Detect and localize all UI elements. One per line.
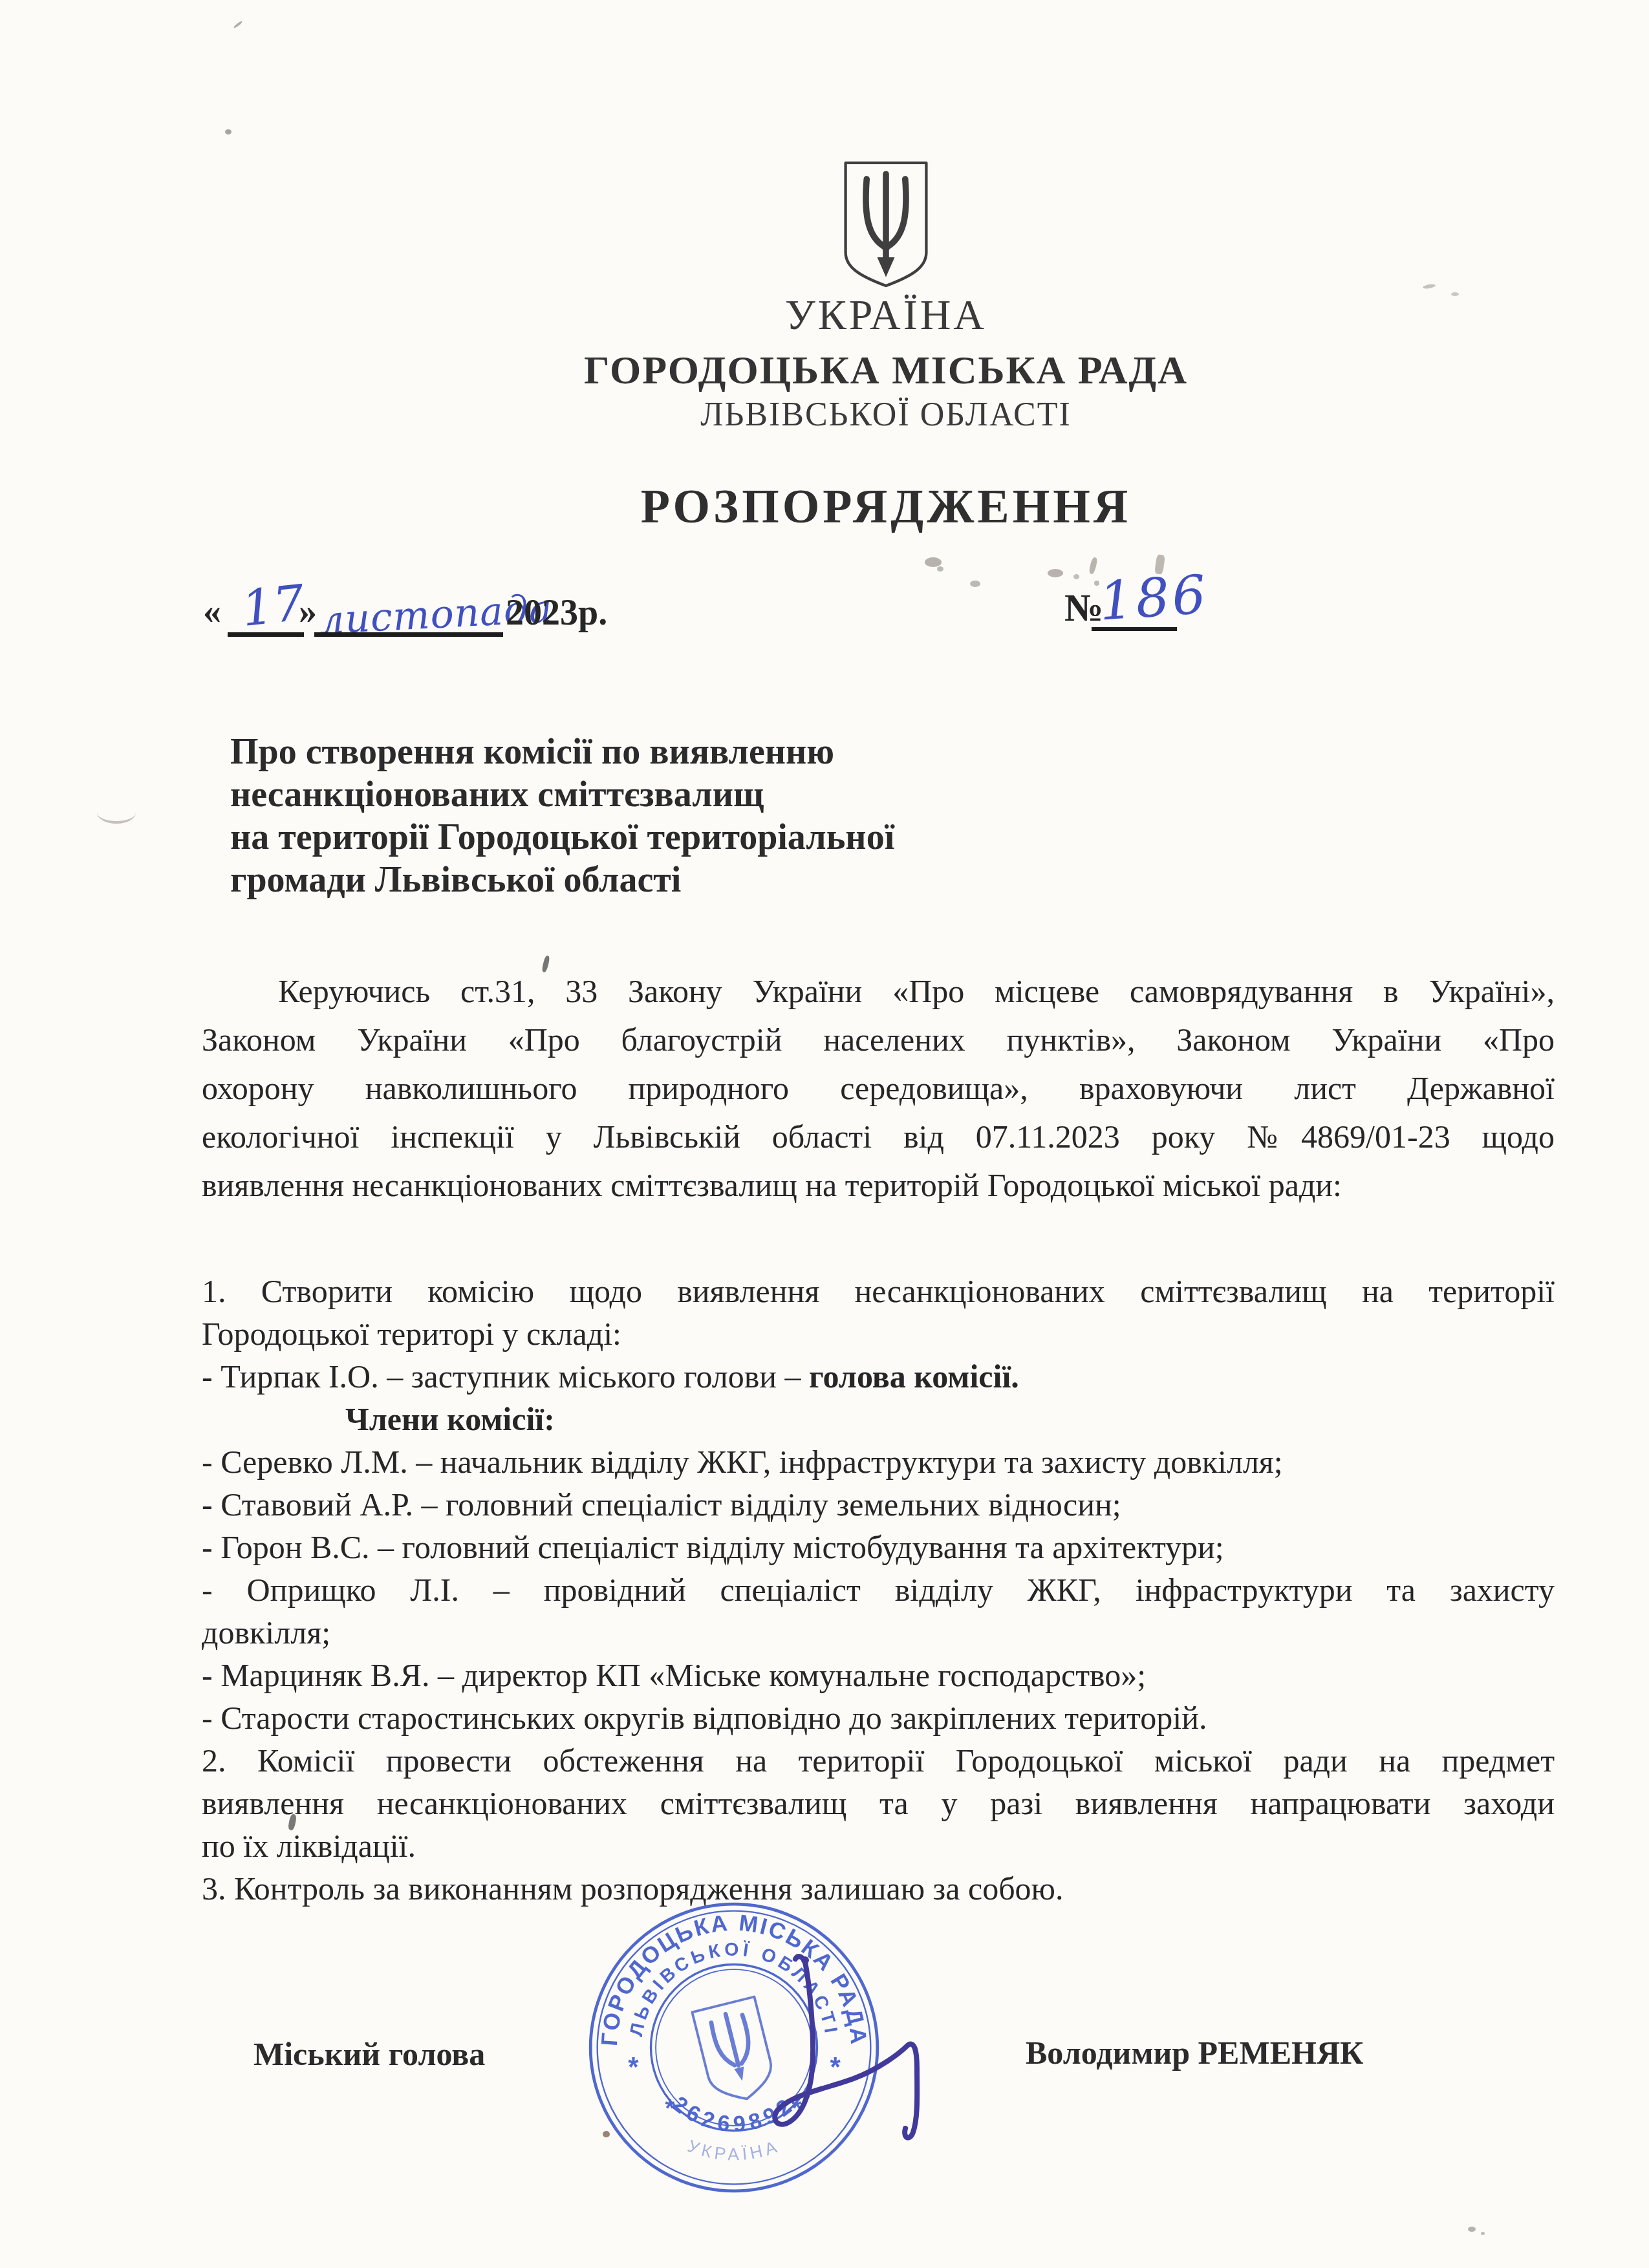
body-line-segment: охорону навколишнього природного середов…: [202, 1070, 1555, 1106]
body-line: виявлення несанкціонованих сміттєзвалищ …: [202, 1782, 1555, 1824]
scan-speck: [225, 129, 232, 134]
body-line: - Ставовий А.Р. – головний спеціаліст ві…: [202, 1483, 1555, 1526]
body-line-segment: - Ставовий А.Р. – головний спеціаліст ві…: [202, 1486, 1121, 1523]
body-line-segment: по їх ліквідації.: [202, 1828, 416, 1864]
subject-line: громади Львівської області: [230, 859, 942, 901]
body-line: охорону навколишнього природного середов…: [202, 1064, 1555, 1113]
body-line-segment: 1. Створити комісію щодо виявлення несан…: [202, 1273, 1555, 1309]
body-line-segment: - Горон В.С. – головний спеціаліст відді…: [202, 1529, 1224, 1565]
scan-speck: [937, 566, 943, 572]
body-line-segment: - Старости старостинських округів відпов…: [202, 1700, 1207, 1736]
handwritten-document-number: 186: [1097, 564, 1211, 633]
body-line: Законом України «Про благоустрій населен…: [202, 1016, 1555, 1064]
council-title: ГОРОДОЦЬКА МІСЬКА РАДА: [116, 348, 1649, 394]
body-line-segment: - Марциняк В.Я. – директор КП «Міське ко…: [202, 1657, 1146, 1693]
date-close-quote: »: [299, 591, 317, 632]
document-number-sign: №: [1064, 586, 1103, 630]
body-line-segment: - Тирпак І.О. – заступник міського голов…: [202, 1358, 809, 1395]
scan-speck: [970, 581, 980, 587]
preamble-paragraph: Керуючись ст.31, 33 Закону України «Про …: [202, 967, 1555, 1210]
body-line: екологічної інспекції у Львівській облас…: [202, 1113, 1555, 1161]
subject-block: Про створення комісії по виявленню несан…: [230, 731, 942, 901]
handwritten-day: 17: [239, 573, 307, 637]
body-line-segment: виявлення несанкціонованих сміттєзвалищ …: [202, 1167, 1342, 1203]
body-line-segment: - Серевко Л.М. – начальник відділу ЖКГ, …: [202, 1444, 1283, 1480]
body-line-segment: довкілля;: [202, 1614, 330, 1651]
scan-speck: [1468, 2227, 1476, 2232]
day-underline: [228, 632, 304, 637]
body-line-segment: - Оприщко Л.І. – провідний спеціаліст ві…: [202, 1572, 1555, 1608]
scan-smudge: [97, 802, 136, 824]
signature-ink: [660, 1933, 957, 2166]
body-line-segment: 2. Комісії провести обстеження на терито…: [202, 1742, 1555, 1779]
scan-speck: [1451, 292, 1459, 296]
stamp-star-left: *: [628, 2051, 639, 2082]
scan-speck: [1048, 569, 1063, 577]
date-year: 2023р.: [506, 592, 607, 634]
subject-line: несанкціонованих сміттєзвалищ: [230, 773, 942, 816]
scan-speck: [1094, 581, 1099, 586]
body-line: - Марциняк В.Я. – директор КП «Міське ко…: [202, 1654, 1555, 1696]
order-items: 1. Створити комісію щодо виявлення несан…: [202, 1270, 1555, 1910]
body-line-segment: екологічної інспекції у Львівській облас…: [202, 1118, 1555, 1155]
body-line-segment: Керуючись ст.31, 33 Закону України «Про …: [278, 973, 1555, 1009]
scan-speck: [603, 2131, 610, 2137]
signer-name: Володимир РЕМЕНЯК: [1026, 2034, 1363, 2071]
body-line: довкілля;: [202, 1611, 1555, 1654]
document-type-title: РОЗПОРЯДЖЕННЯ: [116, 480, 1649, 535]
body-line: - Оприщко Л.І. – провідний спеціаліст ві…: [202, 1568, 1555, 1611]
body-line-segment: Городоцької територі у складі:: [202, 1316, 621, 1352]
scan-speck: [233, 20, 242, 28]
number-underline: [1092, 627, 1177, 631]
body-line: Городоцької територі у складі:: [202, 1312, 1555, 1355]
signer-position: Міський голова: [253, 2035, 485, 2073]
scan-speck: [1073, 574, 1079, 579]
scan-speck: [1481, 2232, 1485, 2235]
body-line-bold-segment: Члени комісії:: [345, 1401, 555, 1437]
body-line: - Серевко Л.М. – начальник відділу ЖКГ, …: [202, 1440, 1555, 1483]
body-line-segment: виявлення несанкціонованих сміттєзвалищ …: [202, 1785, 1555, 1821]
ukraine-trident-emblem: [839, 158, 932, 291]
scan-speck: [1423, 283, 1436, 289]
document-page: УКРАЇНА ГОРОДОЦЬКА МІСЬКА РАДА ЛЬВІВСЬКО…: [0, 0, 1649, 2268]
country-title: УКРАЇНА: [116, 291, 1649, 340]
subject-line: Про створення комісії по виявленню: [230, 731, 942, 773]
body-line: - Тирпак І.О. – заступник міського голов…: [202, 1355, 1555, 1398]
scan-speck: [1088, 557, 1098, 574]
subject-line: на території Городоцької територіальної: [230, 816, 942, 859]
month-underline: [314, 632, 503, 637]
body-line-segment: Законом України «Про благоустрій населен…: [202, 1022, 1555, 1058]
scan-speck: [925, 557, 942, 567]
date-open-quote: «: [203, 591, 221, 632]
body-line: Керуючись ст.31, 33 Закону України «Про …: [202, 967, 1555, 1016]
oblast-title: ЛЬВІВСЬКОЇ ОБЛАСТІ: [116, 396, 1649, 434]
body-line: - Горон В.С. – головний спеціаліст відді…: [202, 1526, 1555, 1568]
body-line: Члени комісії:: [202, 1398, 1555, 1440]
body-line: 2. Комісії провести обстеження на терито…: [202, 1739, 1555, 1782]
body-line-bold-segment: голова комісії.: [809, 1358, 1019, 1395]
body-line: по їх ліквідації.: [202, 1824, 1555, 1867]
body-line: 1. Створити комісію щодо виявлення несан…: [202, 1270, 1555, 1312]
body-line: виявлення несанкціонованих сміттєзвалищ …: [202, 1161, 1555, 1210]
body-line: - Старости старостинських округів відпов…: [202, 1696, 1555, 1739]
